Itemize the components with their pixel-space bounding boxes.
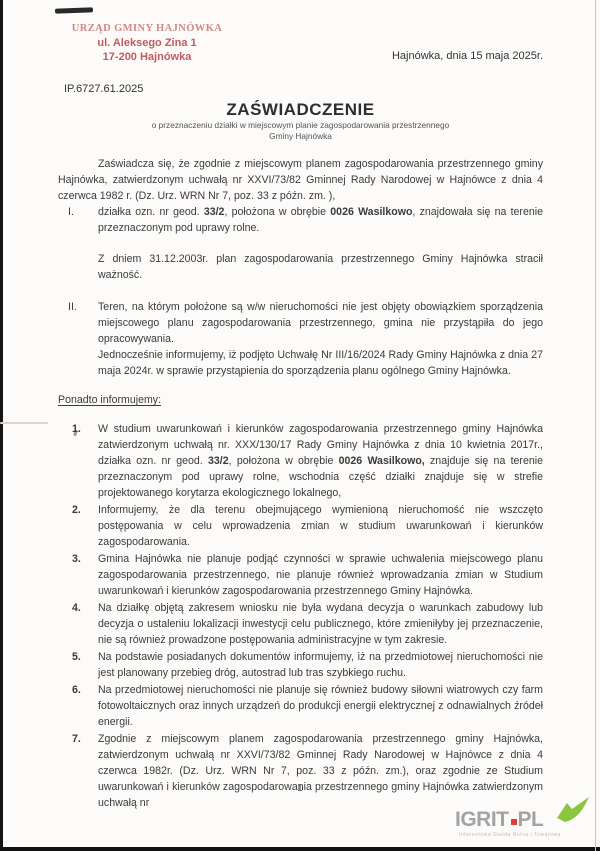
scan-edge-bottom [0,847,600,851]
bird-leaf-icon [556,797,590,825]
office-stamp: URZĄD GMINY HAJNÓWKA ul. Aleksego Zina 1… [52,22,242,64]
numbered-item-2: 2. Informujemy, że dla terenu obejmujące… [58,502,543,550]
stamp-office-name: URZĄD GMINY HAJNÓWKA [52,22,242,36]
item-7-marker: 7. [72,731,81,747]
item-6-text: Na przedmiotowej nieruchomości nie planu… [98,684,543,728]
intro-paragraph: Zaświadcza się, że zgodnie z miejscowym … [58,156,543,204]
item-5-marker: 5. [72,649,81,665]
roman-item-2-text: Teren, na którym położone są w/w nieruch… [98,301,543,345]
subtitle-line-1: o przeznaczeniu działki w miejscowym pla… [58,120,543,131]
scanned-document-page: URZĄD GMINY HAJNÓWKA ul. Aleksego Zina 1… [0,0,600,851]
item-4-marker: 4. [72,600,81,616]
igrit-tld: PL [518,808,544,831]
item-5-text: Na podstawie posiadanych dokumentów info… [98,651,543,679]
document-title: ZAŚWIADCZENIE [58,102,543,118]
item-2-text: Informujemy, że dla terenu obejmującego … [98,504,543,548]
item-3-marker: 3. [72,551,81,567]
page-number: 1 [0,783,600,794]
roman-item-1-text: działka ozn. nr geod. 33/2, położona w o… [98,206,543,234]
numbered-list: 1. W studium uwarunkowań i kierunków zag… [58,421,543,811]
item-2-marker: 2. [72,502,81,518]
case-reference-number: IP.6727.61.2025 [64,81,143,97]
item-4-text: Na działkę objętą zakresem wniosku nie b… [98,602,543,646]
subtitle-line-2: Gminy Hajnówka [58,131,543,142]
item-7-text: Zgodnie z miejscowym planem zagospodarow… [98,733,543,809]
numbered-item-4: 4. Na działkę objętą zakresem wniosku ni… [58,600,543,648]
item-6-marker: 6. [72,682,81,698]
roman-item-2-note: Jednocześnie informujemy, iż podjęto Uch… [98,347,543,379]
additional-info-heading: Ponadto informujemy: [58,392,543,408]
igrit-brand: IGRIT [455,808,509,831]
item-3-text: Gmina Hajnówka nie planuje podjąć czynno… [98,553,543,597]
stamp-city: 17-200 Hajnówka [52,50,242,64]
roman-marker-1: I. [68,204,74,220]
numbered-item-1: 1. W studium uwarunkowań i kierunków zag… [58,421,543,501]
document-content: URZĄD GMINY HAJNÓWKA ul. Aleksego Zina 1… [0,0,600,811]
roman-list-item-2: II. Teren, na którym położone są w/w nie… [58,299,543,347]
document-subtitle: o przeznaczeniu działki w miejscowym pla… [58,120,543,141]
logo-red-dot [511,819,517,825]
igrit-watermark-logo: IGRITPL Internetowa Giełda Rolna i Towar… [455,799,590,843]
igrit-tagline: Internetowa Giełda Rolna i Towarowa [459,832,561,838]
document-header: URZĄD GMINY HAJNÓWKA ul. Aleksego Zina 1… [58,20,543,98]
item-1-marker: 1. [72,421,81,437]
place-and-date: Hajnówka, dnia 15 maja 2025r. [392,48,543,64]
numbered-item-5: 5. Na podstawie posiadanych dokumentów i… [58,649,543,681]
numbered-item-3: 3. Gmina Hajnówka nie planuje podjąć czy… [58,551,543,599]
igrit-logo-text: IGRITPL [455,808,543,832]
numbered-item-6: 6. Na przedmiotowej nieruchomości nie pl… [58,682,543,730]
roman-marker-2: II. [68,299,77,315]
plan-expiry-note: Z dniem 31.12.2003r. plan zagospodarowan… [98,251,543,283]
roman-list-item-1: I. działka ozn. nr geod. 33/2, położona … [58,204,543,236]
item-1-text: W studium uwarunkowań i kierunków zagosp… [98,423,543,499]
stamp-street: ul. Aleksego Zina 1 [52,36,242,50]
